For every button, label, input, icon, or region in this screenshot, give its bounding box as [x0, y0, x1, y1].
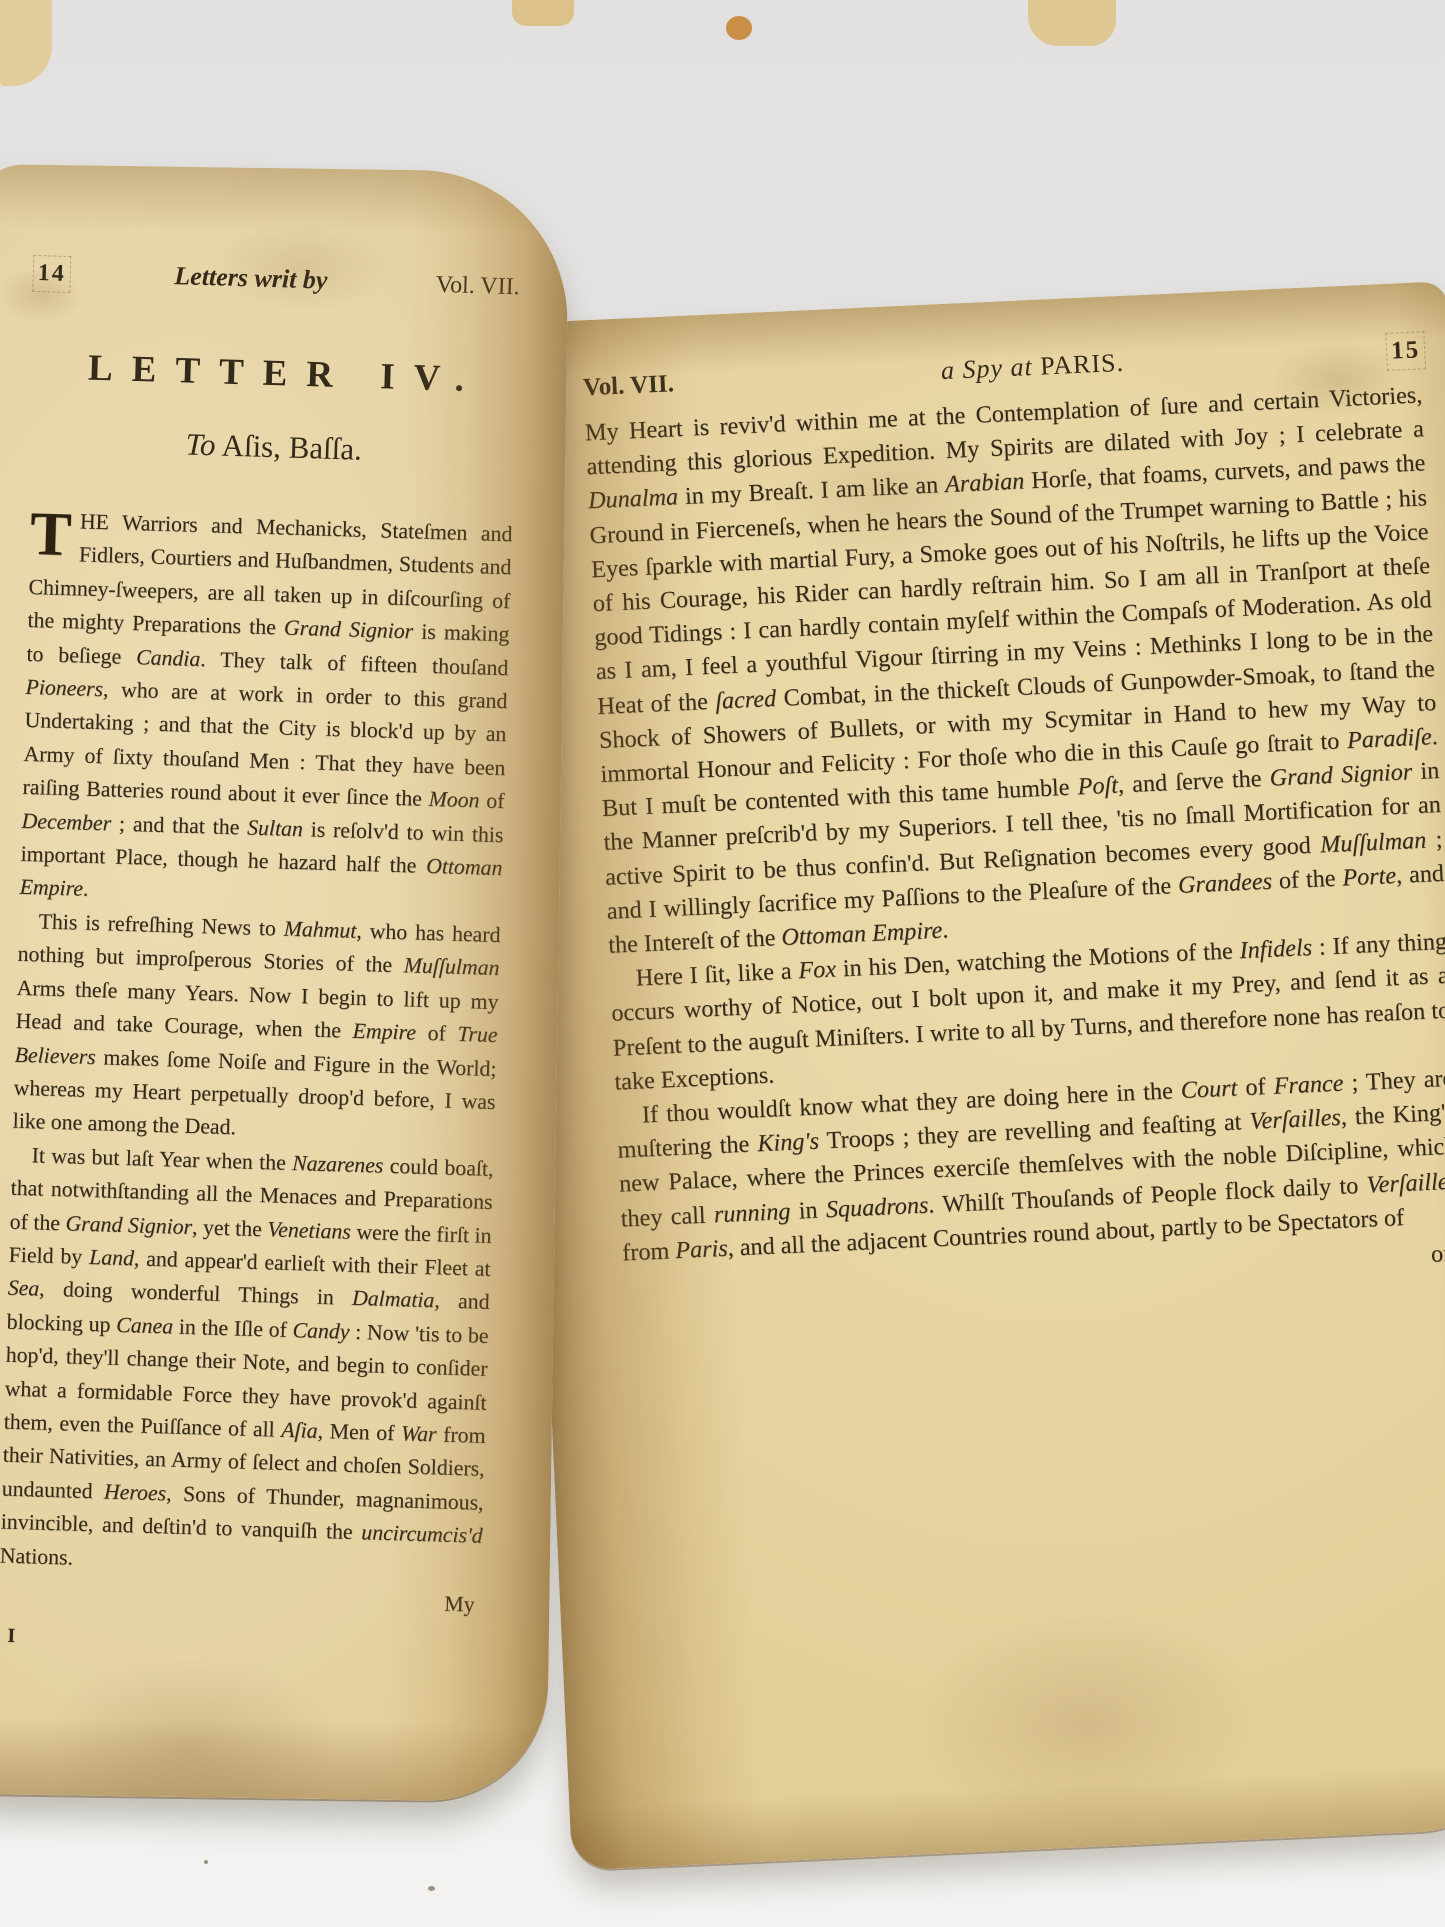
- paragraph: This is refreſhing News to Mahmut, who h…: [12, 905, 501, 1153]
- page-number-right: 15: [1391, 336, 1421, 365]
- paragraph: THE Warriors and Mechanicks, Stateſmen a…: [19, 504, 513, 919]
- page-number-left: 14: [37, 260, 66, 288]
- book-edge-fragment: [726, 16, 752, 40]
- volume-label-right: Vol. VII.: [582, 370, 674, 402]
- right-page: Vol. VII. a Spy at PARIS. 15 My Heart is…: [502, 281, 1445, 1870]
- right-page-body: My Heart is reviv'd within me at the Con…: [584, 378, 1445, 1308]
- paper-speck: [428, 1886, 435, 1891]
- volume-label-left: Vol. VII.: [435, 272, 520, 301]
- book-edge-fragment: [0, 0, 52, 86]
- book-photo: Vol. VII. a Spy at PARIS. 15 My Heart is…: [0, 0, 1445, 1927]
- book-edge-fragment: [1028, 0, 1116, 46]
- left-page-body: THE Warriors and Mechanicks, Stateſmen a…: [0, 504, 513, 1668]
- paper-speck: [204, 1860, 208, 1864]
- signature-mark: I: [0, 1620, 480, 1668]
- left-page-content: 14 Letters writ by Vol. VII. LETTER IV. …: [0, 160, 581, 1670]
- paragraph: My Heart is reviv'd within me at the Con…: [584, 378, 1445, 963]
- left-page: 14 Letters writ by Vol. VII. LETTER IV. …: [0, 164, 569, 1802]
- paragraph: It was but laſt Year when the Nazarenes …: [0, 1138, 494, 1586]
- drop-cap: T: [29, 504, 80, 561]
- paragraph: If thou wouldſt know what they are doing…: [615, 1062, 1445, 1271]
- left-page-header: 14 Letters writ by Vol. VII.: [37, 257, 520, 301]
- book-edge-fragment: [512, 0, 574, 26]
- paragraph-text: HE Warriors and Mechanicks, Stateſmen an…: [19, 509, 512, 901]
- right-page-content: Vol. VII. a Spy at PARIS. 15 My Heart is…: [502, 281, 1445, 1312]
- letter-heading: LETTER IV.: [34, 345, 517, 402]
- letter-salutation: To Aſis, Baſſa.: [32, 422, 515, 472]
- running-title-left: Letters writ by: [65, 258, 436, 299]
